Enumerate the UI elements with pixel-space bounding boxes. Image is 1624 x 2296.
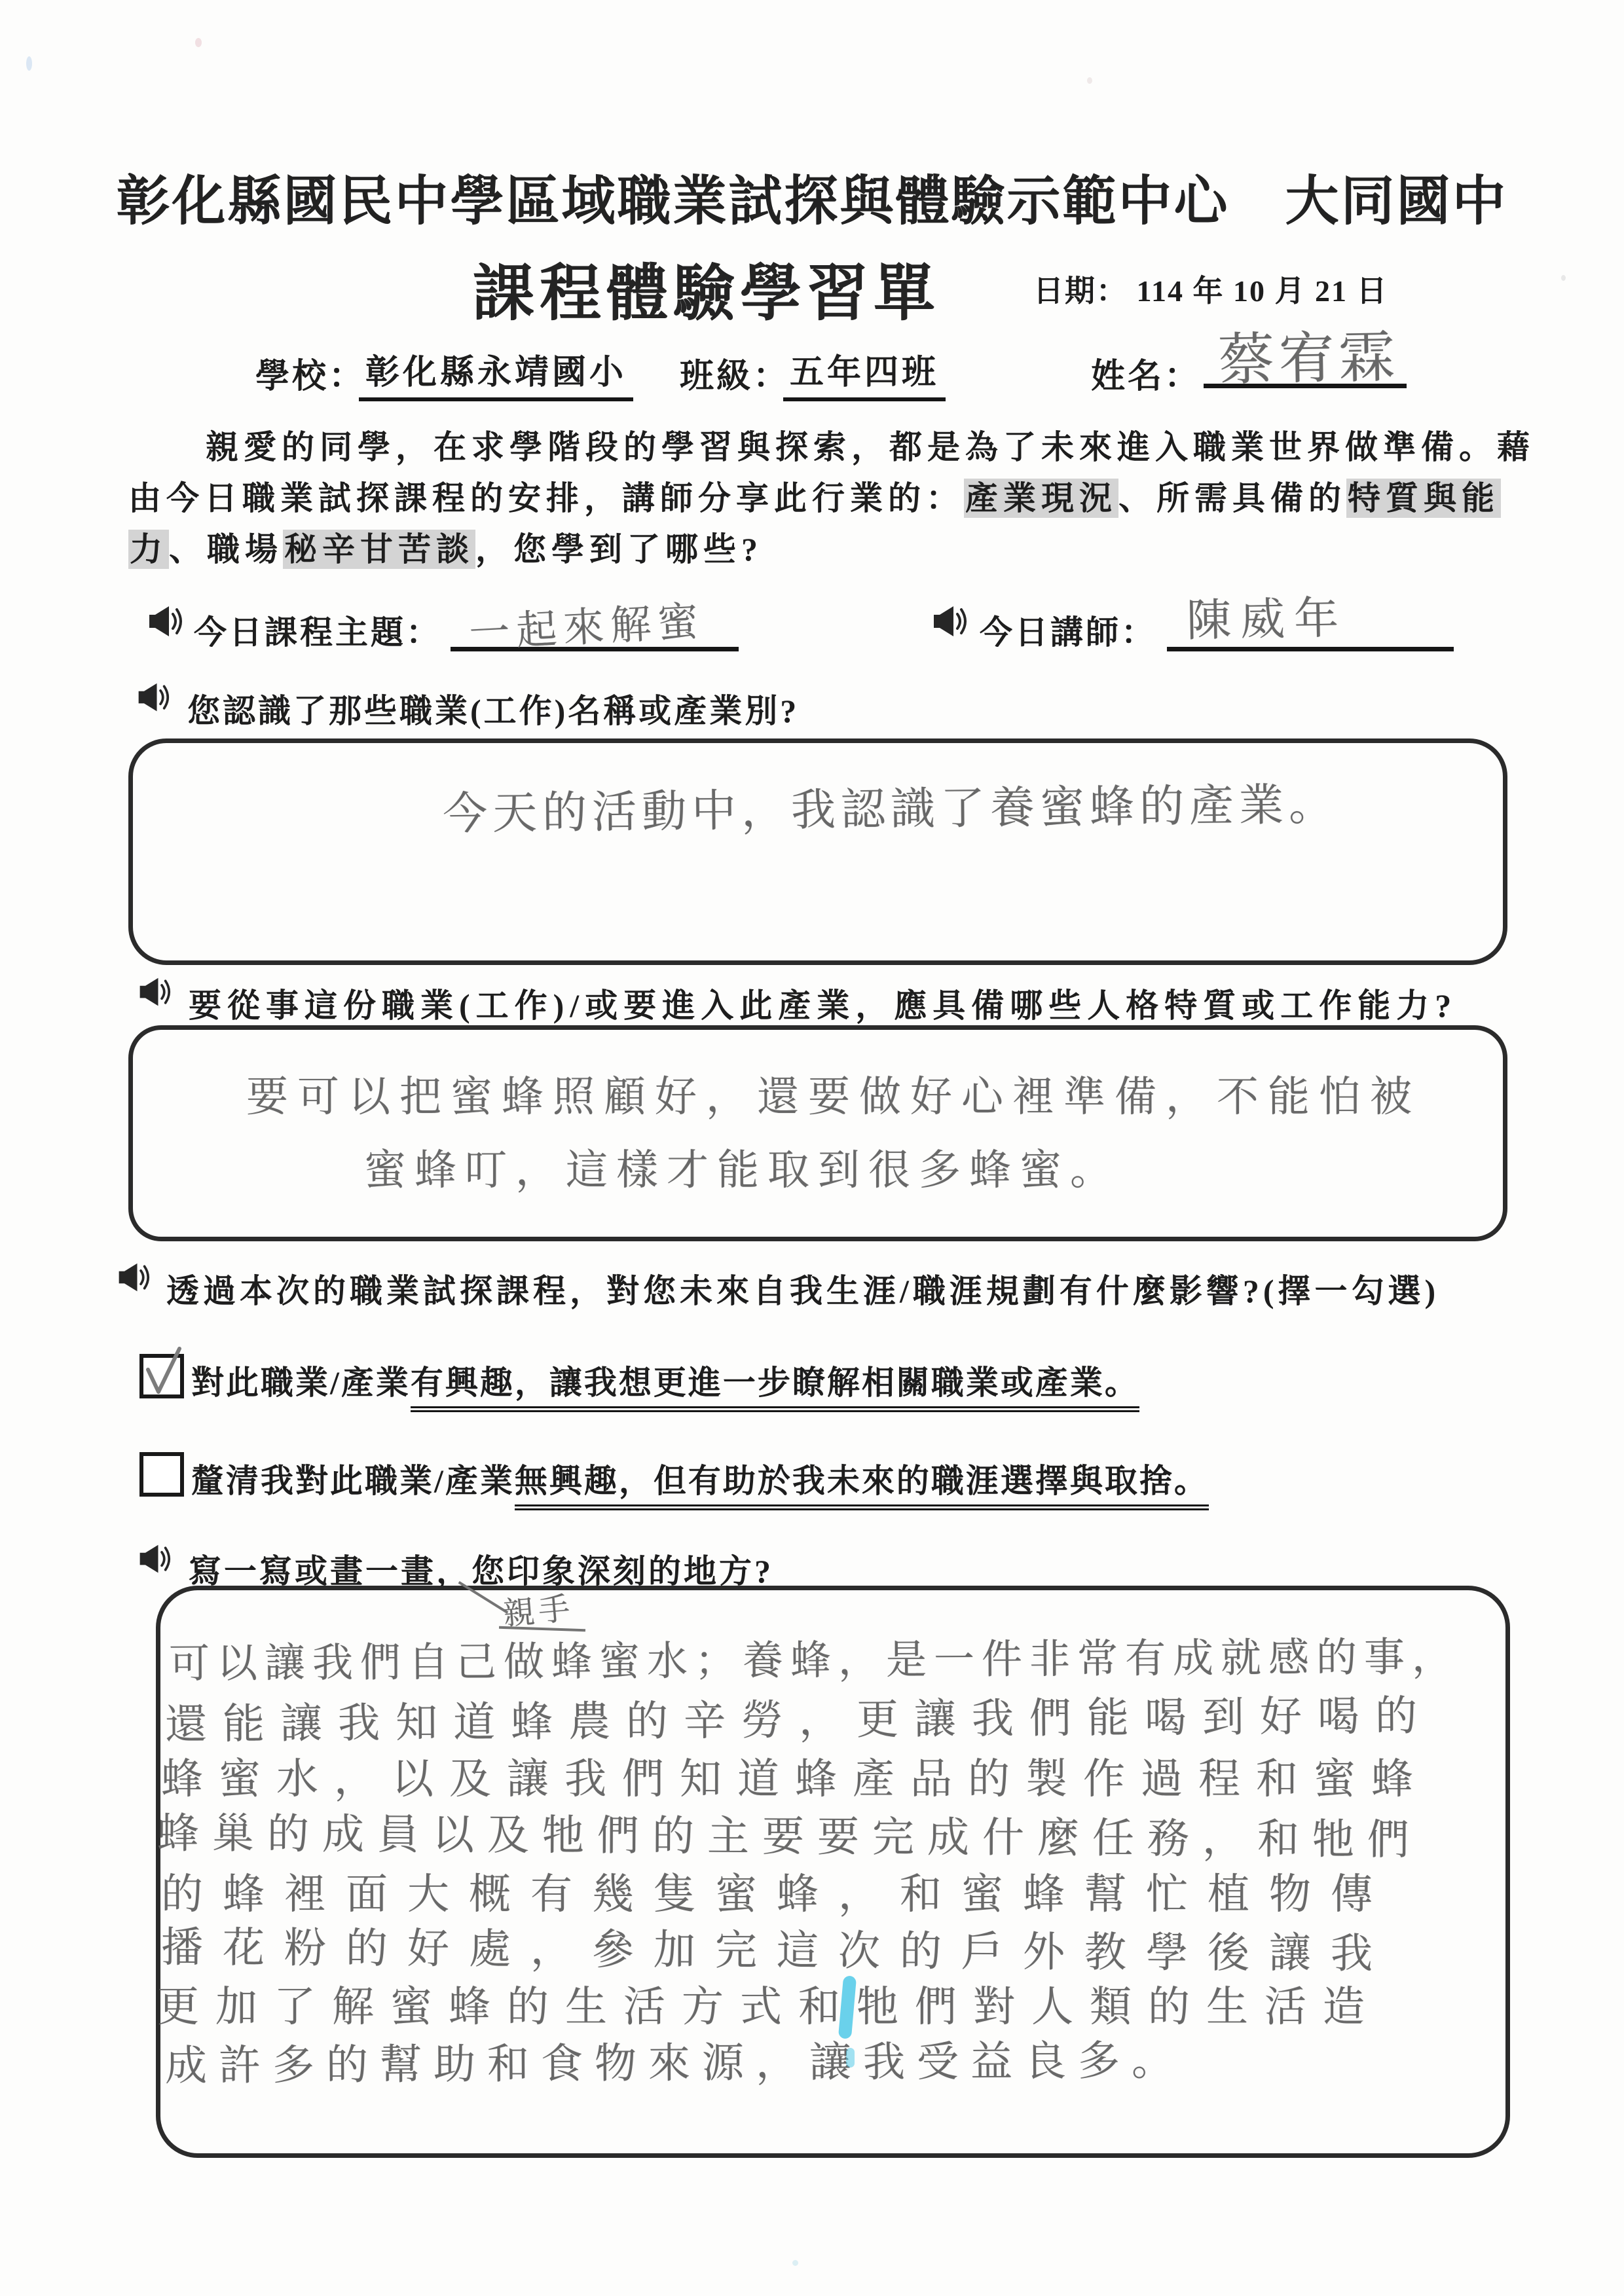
option2-checkbox (139, 1452, 184, 1497)
scan-speck (26, 56, 32, 71)
class-value: 五年四班 (783, 344, 946, 401)
intro-line-3: 力、職場秘辛甘苦談，您學到了哪些? (128, 524, 763, 575)
school-label: 學校： (255, 348, 365, 397)
option1-text: 對此職業/產業有興趣，讓我想更進一步瞭解相關職業或產業。 (191, 1357, 1139, 1404)
highlight-traits-part1: 特質與能 (1346, 479, 1501, 518)
q2-answer-box (128, 1025, 1507, 1241)
q4-answer-line: 還能讓我知道蜂農的辛勞，更讓我們能喝到好喝的 (165, 1682, 1433, 1751)
q4-insertion-handwriting: 親手 (501, 1582, 576, 1633)
scan-speck (195, 38, 202, 47)
blue-correction-mark (846, 2048, 855, 2068)
q4-answer-line: 更加了解蜜蜂的生活方式和牠們對人類的生活造 (157, 1973, 1381, 2033)
topic-handwriting: 一起來解蜜 (468, 589, 706, 659)
q1-answer-handwriting: 今天的活動中，我認識了養蜜蜂的產業。 (443, 769, 1339, 842)
q2-answer-line-2: 蜜蜂叮，這樣才能取到很多蜂蜜。 (364, 1137, 1120, 1197)
highlight-industry-status: 產業現況 (964, 479, 1118, 518)
q4-answer-line: 蜂巢的成員以及牠們的主要要完成什麼任務，和牠們 (157, 1800, 1422, 1867)
option1-emphasis: 有興趣，讓我想更進一步瞭解相關職業或產業。 (411, 1364, 1139, 1412)
megaphone-icon (135, 681, 170, 718)
q4-answer-line: 成許多的幫助和食物來源，讓我受益良多。 (165, 2027, 1185, 2092)
intro-line-1: 親愛的同學，在求學階段的學習與探索，都是為了未來進入職業世界做準備。藉 (128, 422, 1535, 473)
lecturer-handwriting: 陳威年 (1186, 583, 1348, 649)
scan-speck (1561, 275, 1566, 281)
page-subtitle: 課程體驗學習單 (473, 244, 940, 332)
topic-label: 今日課程主題： (194, 606, 441, 653)
class-label: 班級： (680, 348, 790, 397)
intro-line-2: 由今日職業試探課程的安排，講師分享此行業的：產業現況、所需具備的特質與能 (128, 473, 1501, 524)
q4-answer-line: 的蜂裡面大概有幾隻蜜蜂，和蜜蜂幫忙植物傳 (161, 1861, 1392, 1921)
q1-question: 您認識了那些職業(工作)名稱或產業別? (187, 685, 799, 732)
q4-answer-line: 播花粉的好處，參加完這次的戶外教學後讓我 (161, 1914, 1392, 1980)
q2-question: 要從事這份職業(工作)/或要進入此產業，應具備哪些人格特質或工作能力? (189, 979, 1457, 1027)
form-date: 日期： 114 年 10 月 21 日 (1033, 267, 1388, 310)
q4-answer-line: 可以讓我們自己做蜂蜜水；養蜂，是一件非常有成就感的事， (169, 1624, 1460, 1689)
megaphone-icon (136, 1542, 172, 1580)
scanned-worksheet-page: 彰化縣國民中學區域職業試探與體驗示範中心 大同國中 課程體驗學習單 日期： 11… (0, 0, 1624, 2296)
option2-emphasis: 無興趣，但有助於我未來的職涯選擇與取捨。 (515, 1463, 1209, 1510)
q3-question: 透過本次的職業試探課程，對您未來自我生涯/職涯規劃有什麼影響?(擇一勾選) (166, 1265, 1439, 1312)
lecturer-label: 今日講師： (980, 606, 1156, 653)
scan-speck (792, 2260, 798, 2266)
megaphone-icon (136, 975, 172, 1013)
megaphone-icon (930, 604, 968, 644)
checkmark-icon (139, 1342, 186, 1400)
highlight-insider-stories: 秘辛甘苦談 (283, 530, 475, 569)
name-handwriting: 蔡宥霖 (1217, 312, 1399, 396)
page-title: 彰化縣國民中學區域職業試探與體驗示範中心 大同國中 (0, 158, 1624, 235)
name-label: 姓名： (1091, 348, 1201, 397)
megaphone-icon (115, 1261, 151, 1298)
q4-answer-line: 蜂蜜水，以及讓我們知道蜂產品的製作過程和蜜蜂 (161, 1745, 1429, 1806)
scan-speck (1087, 77, 1092, 84)
highlight-traits-part2: 力 (128, 530, 169, 569)
option2-text: 釐清我對此職業/產業無興趣，但有助於我未來的職涯選擇與取捨。 (191, 1455, 1209, 1502)
megaphone-icon (145, 604, 183, 644)
q2-answer-line-1: 要可以把蜜蜂照顧好，還要做好心裡準備，不能怕被 (246, 1063, 1421, 1123)
school-value: 彰化縣永靖國小 (359, 344, 633, 401)
